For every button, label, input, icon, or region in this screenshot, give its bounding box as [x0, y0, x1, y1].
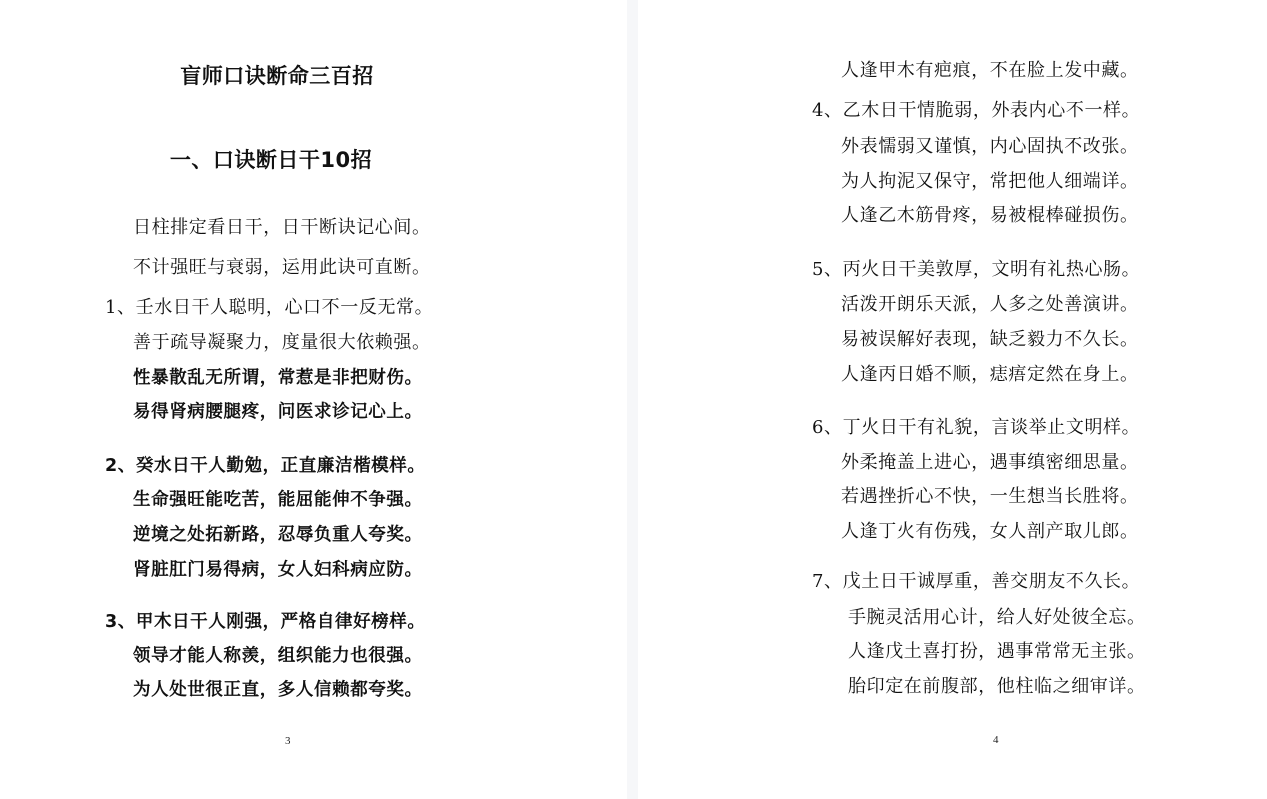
verse-line: 易被误解好表现，缺乏毅力不久长。 — [841, 329, 1139, 351]
verse-line: 易得肾病腰腿疼，问医求诊记心上。 — [133, 401, 423, 423]
verse-line: 肾脏肛门易得病，女人妇科病应防。 — [133, 559, 423, 581]
page-right: 人逢甲木有疤痕，不在脸上发中藏。 4、乙木日干情脆弱，外表内心不一样。 外表懦弱… — [638, 0, 1267, 799]
verse-line: 人逢丙日婚不顺，痣痦定然在身上。 — [841, 364, 1139, 386]
document-title: 盲师口诀断命三百招 — [0, 60, 554, 90]
verse-line: 性暴散乱无所谓，常惹是非把财伤。 — [133, 367, 423, 389]
verse-line: 人逢戊土喜打扮，遇事常常无主张。 — [848, 641, 1146, 663]
verse-line: 为人处世很正直，多人信赖都夸奖。 — [133, 679, 423, 701]
verse-line-numbered: 7、戊土日干诚厚重，善交朋友不久长。 — [812, 571, 1140, 593]
verse-line: 活泼开朗乐天派，人多之处善演讲。 — [841, 294, 1139, 316]
verse-line: 外表懦弱又谨慎，内心固执不改张。 — [841, 136, 1139, 158]
page-left: 盲师口诀断命三百招 一、口诀断日干10招 日柱排定看日干，日干断诀记心间。 不计… — [0, 0, 627, 799]
verse-line: 为人拘泥又保守，常把他人细端详。 — [841, 171, 1139, 193]
verse-line: 日柱排定看日干，日干断诀记心间。 — [133, 217, 431, 239]
verse-line: 若遇挫折心不快，一生想当长胜将。 — [841, 486, 1139, 508]
verse-line: 领导才能人称羡，组织能力也很强。 — [133, 645, 423, 667]
verse-line-numbered: 6、丁火日干有礼貌，言谈举止文明样。 — [812, 417, 1140, 439]
verse-line: 生命强旺能吃苦，能屈能伸不争强。 — [133, 489, 423, 511]
verse-line: 不计强旺与衰弱，运用此诀可直断。 — [133, 257, 431, 279]
verse-line: 胎印定在前腹部，他柱临之细审详。 — [848, 676, 1146, 698]
verse-line-numbered: 1、壬水日干人聪明，心口不一反无常。 — [105, 297, 433, 319]
verse-line-numbered: 3、甲木日干人刚强，严格自律好榜样。 — [105, 611, 425, 633]
verse-line: 手腕灵活用心计，给人好处彼全忘。 — [848, 607, 1146, 629]
page-number: 4 — [993, 734, 999, 746]
section-heading: 一、口诀断日干10招 — [0, 144, 548, 174]
verse-line: 善于疏导凝聚力，度量很大依赖强。 — [133, 332, 431, 354]
verse-line: 人逢甲木有疤痕，不在脸上发中藏。 — [841, 60, 1139, 82]
verse-line-numbered: 5、丙火日干美敦厚，文明有礼热心肠。 — [812, 259, 1140, 281]
verse-line: 外柔掩盖上进心，遇事缜密细思量。 — [841, 452, 1139, 474]
verse-line: 人逢乙木筋骨疼，易被棍棒碰损伤。 — [841, 205, 1139, 227]
verse-line: 逆境之处拓新路，忍辱负重人夸奖。 — [133, 524, 423, 546]
page-number: 3 — [285, 735, 291, 747]
page-gutter — [627, 0, 638, 799]
verse-line: 人逢丁火有伤残，女人剖产取儿郎。 — [841, 521, 1139, 543]
verse-line-numbered: 2、癸水日干人勤勉，正直廉洁楷模样。 — [105, 455, 425, 477]
verse-line-numbered: 4、乙木日干情脆弱，外表内心不一样。 — [812, 100, 1140, 122]
